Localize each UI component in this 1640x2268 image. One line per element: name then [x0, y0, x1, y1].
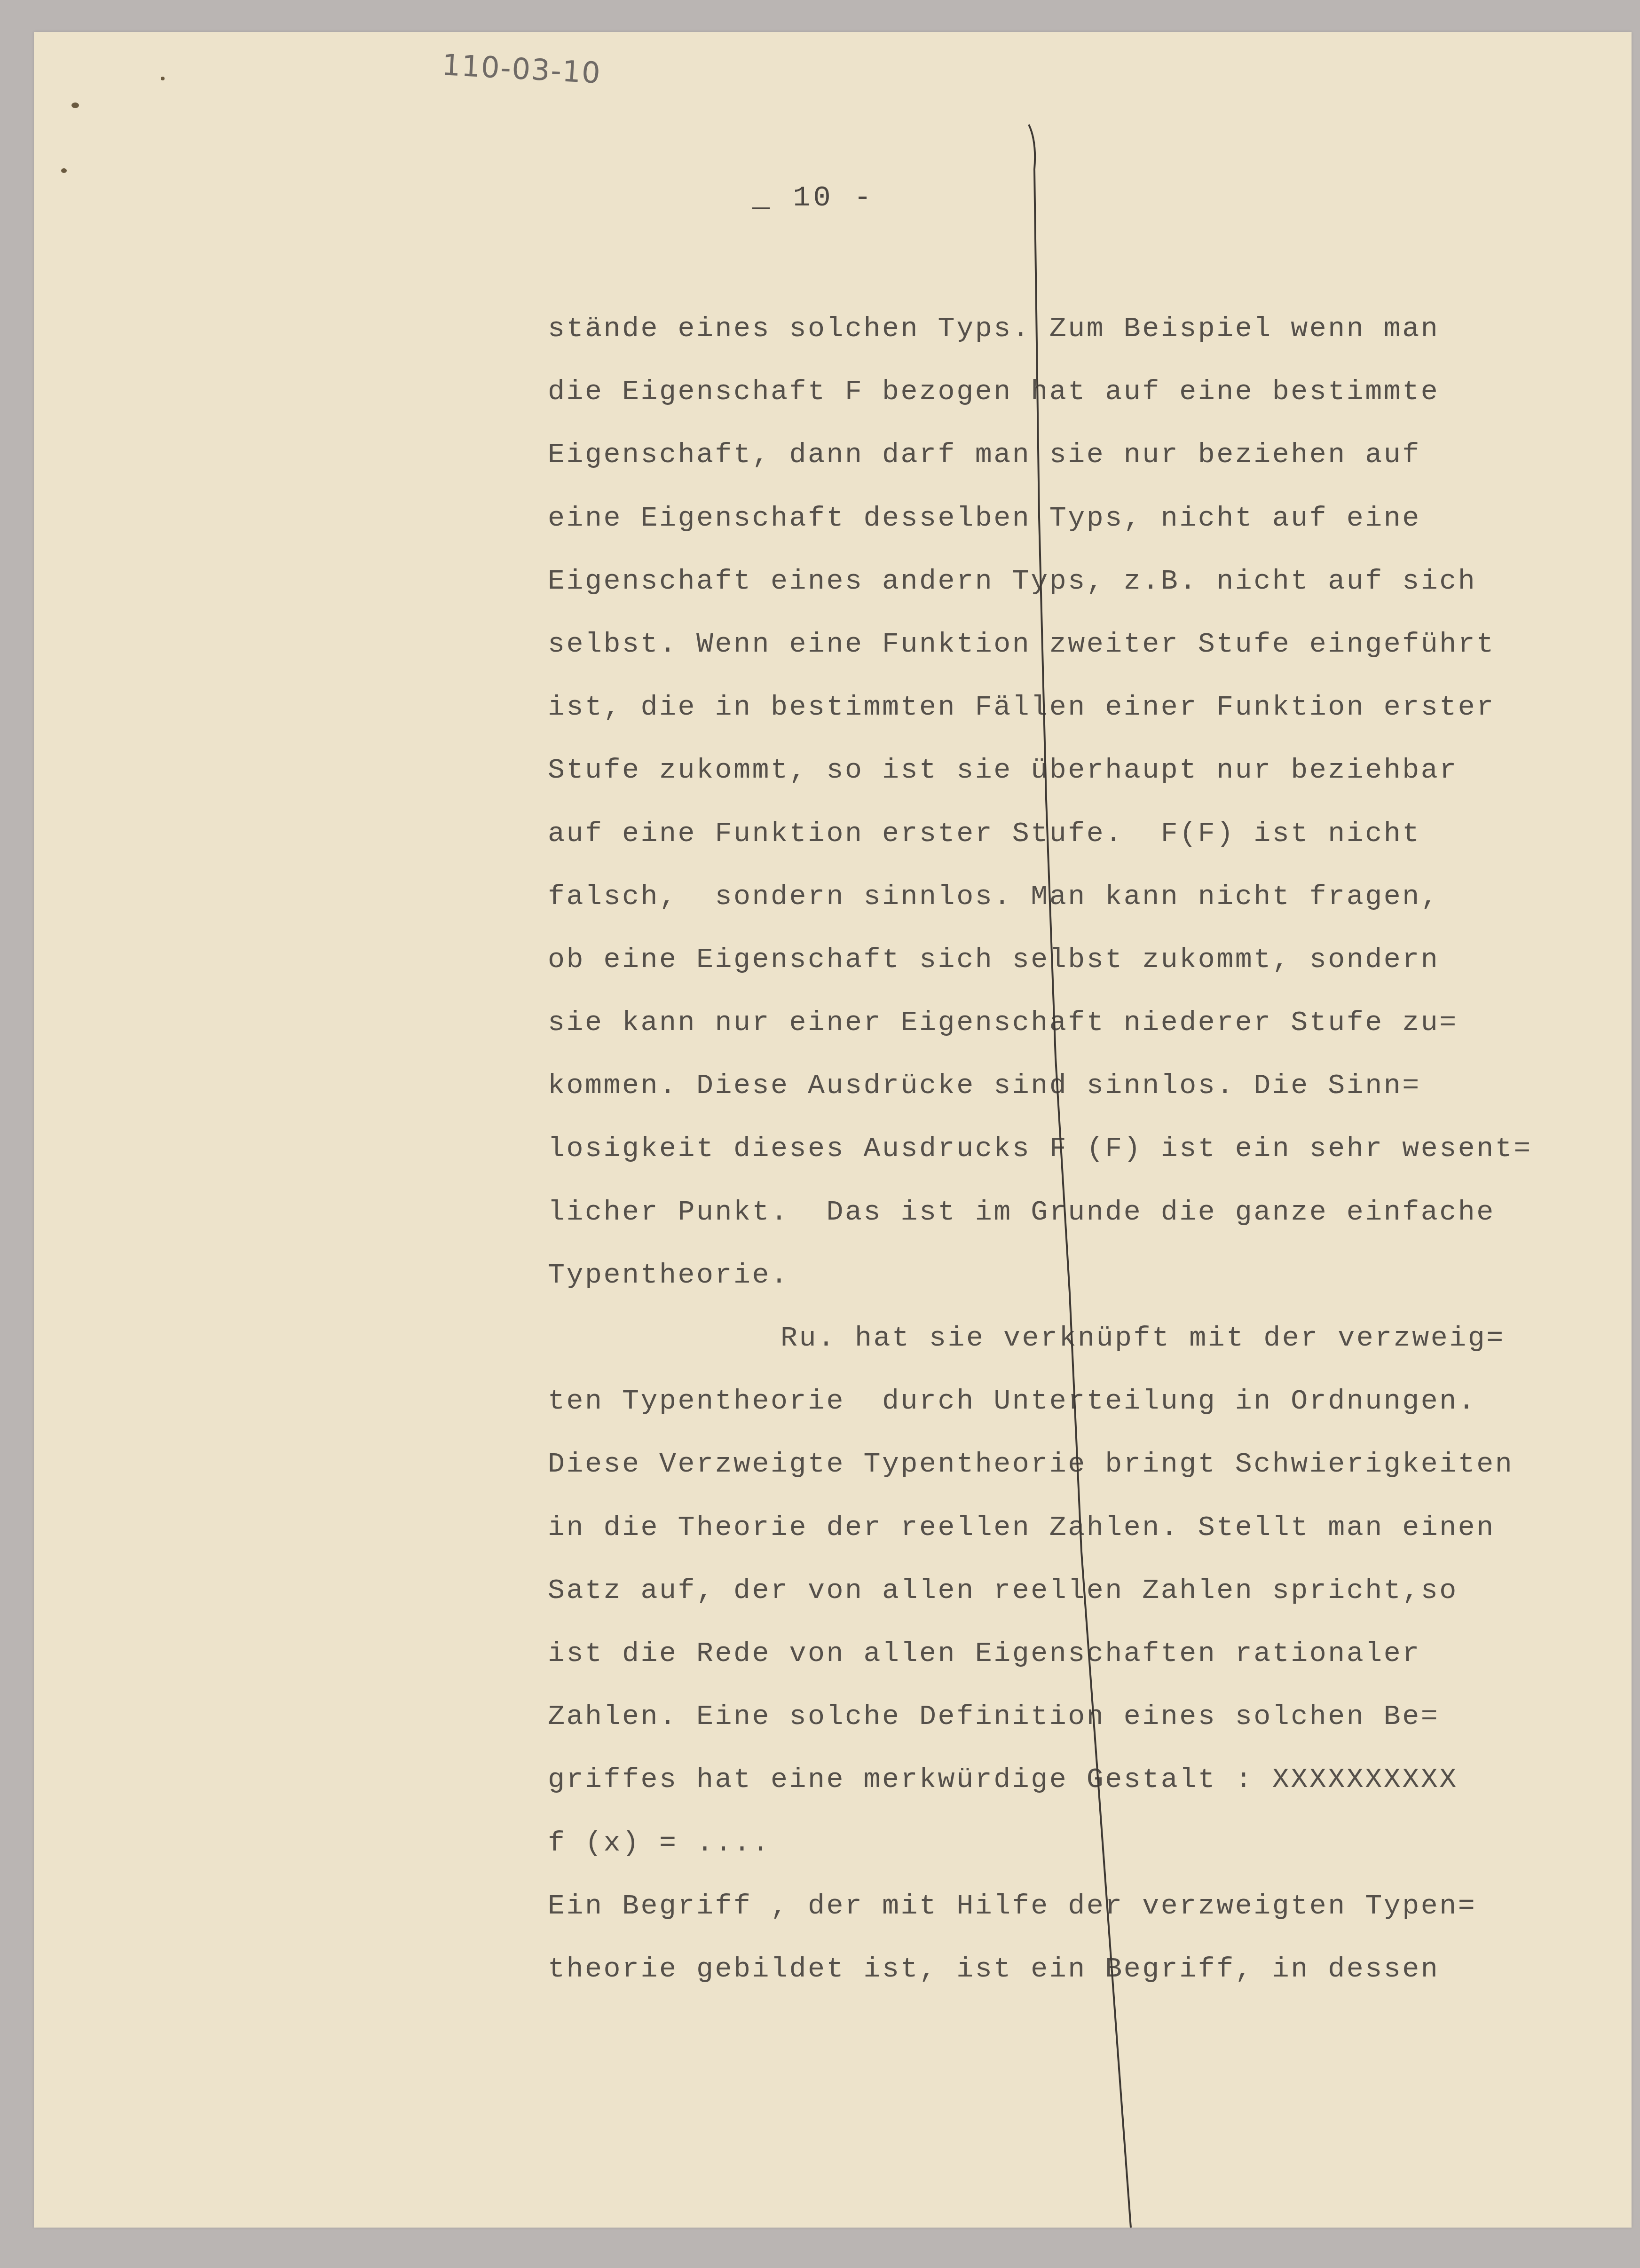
text-line: Ein Begriff , der mit Hilfe der verzweig…: [548, 1885, 1606, 1948]
text-line: ten Typentheorie durch Unterteilung in O…: [548, 1380, 1606, 1443]
ink-speck: [161, 77, 165, 80]
text-line: sie kann nur einer Eigenschaft niederer …: [548, 1002, 1606, 1065]
text-line: ob eine Eigenschaft sich selbst zukommt,…: [548, 939, 1606, 1002]
text-line: die Eigenschaft F bezogen hat auf eine b…: [548, 371, 1606, 434]
text-line: licher Punkt. Das ist im Grunde die ganz…: [548, 1191, 1606, 1254]
text-line: auf eine Funktion erster Stufe. F(F) ist…: [548, 813, 1606, 876]
text-line: losigkeit dieses Ausdrucks F (F) ist ein…: [548, 1128, 1606, 1191]
text-line: Satz auf, der von allen reellen Zahlen s…: [548, 1570, 1606, 1633]
text-line: kommen. Diese Ausdrücke sind sinnlos. Di…: [548, 1065, 1606, 1128]
text-line: eine Eigenschaft desselben Typs, nicht a…: [548, 497, 1606, 560]
text-line: falsch, sondern sinnlos. Man kann nicht …: [548, 876, 1606, 939]
ink-speck: [61, 168, 67, 173]
text-line: Zahlen. Eine solche Definition eines sol…: [548, 1696, 1606, 1759]
text-line: griffes hat eine merkwürdige Gestalt : X…: [548, 1759, 1606, 1822]
text-line: ist die Rede von allen Eigenschaften rat…: [548, 1633, 1606, 1696]
text-line: f (x) = ....: [548, 1822, 1606, 1885]
text-line: Eigenschaft, dann darf man sie nur bezie…: [548, 434, 1606, 497]
text-line: Diese Verzweigte Typentheorie bringt Sch…: [548, 1443, 1606, 1506]
text-line: Typentheorie.: [548, 1254, 1606, 1317]
text-line: Eigenschaft eines andern Typs, z.B. nich…: [548, 560, 1606, 623]
page-number: _ 10 -: [752, 181, 874, 214]
text-line: Stufe zukommt, so ist sie überhaupt nur …: [548, 749, 1606, 812]
text-line: stände eines solchen Typs. Zum Beispiel …: [548, 308, 1606, 371]
typewritten-text-body: stände eines solchen Typs. Zum Beispiel …: [548, 308, 1606, 2011]
text-line-indented: Ru. hat sie verknüpft mit der verzweig=: [548, 1317, 1606, 1380]
text-line: in die Theorie der reellen Zahlen. Stell…: [548, 1507, 1606, 1570]
text-line: selbst. Wenn eine Funktion zweiter Stufe…: [548, 623, 1606, 686]
text-line: ist, die in bestimmten Fällen einer Funk…: [548, 686, 1606, 749]
ink-speck: [71, 102, 79, 108]
text-line: theorie gebildet ist, ist ein Begriff, i…: [548, 1948, 1606, 2011]
